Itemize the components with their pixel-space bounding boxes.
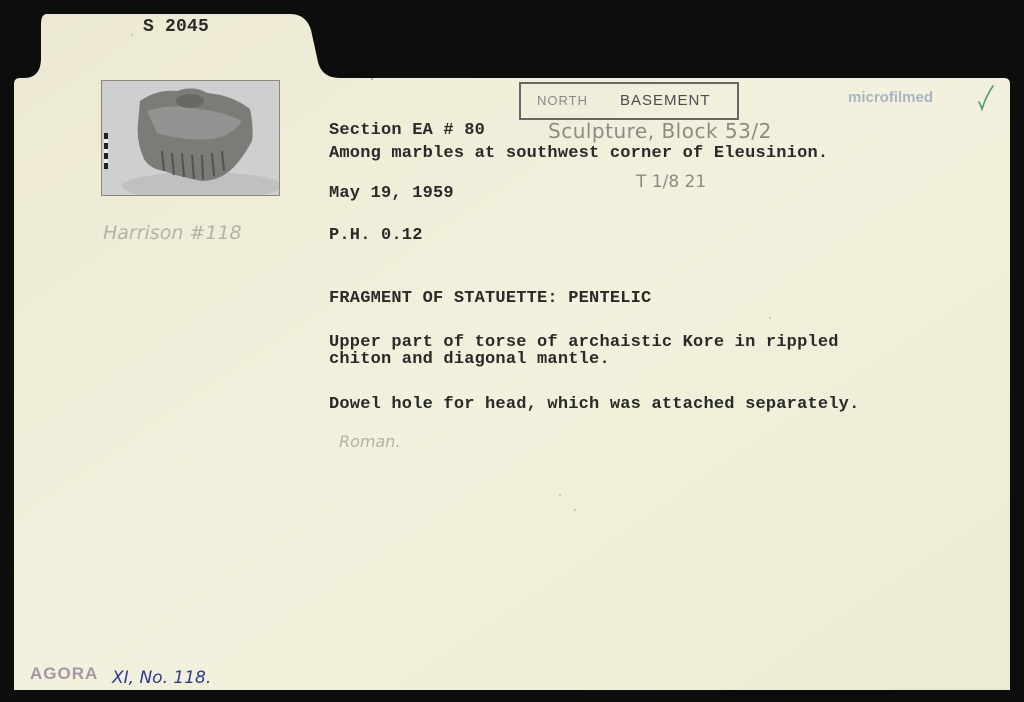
date-line: May 19, 1959 [329,184,454,204]
t-number-note: T 1/8 21 [636,172,706,192]
description-line-2: chiton and diagonal mantle. [329,350,610,370]
stamp-north-text: NORTH [537,93,588,108]
checkmark-icon [976,82,996,112]
artifact-photo [101,80,280,196]
catalog-number: S 2045 [143,17,209,37]
roman-note: Roman. [339,432,401,451]
dowel-line: Dowel hole for head, which was attached … [329,395,860,415]
harrison-note: Harrison #118 [103,222,242,244]
findspot-line: Among marbles at southwest corner of Ele… [329,144,828,164]
location-stamp: NORTH BASEMENT [519,82,739,120]
title-line: FRAGMENT OF STATUETTE: PENTELIC [329,289,651,309]
stamp-basement-text: BASEMENT [620,92,711,109]
publication-reference: XI, No. 118. [112,668,211,688]
section-line: Section EA # 80 [329,121,485,141]
sculpture-block-note: Sculpture, Block 53/2 [548,119,772,143]
agora-stamp: AGORA [30,664,98,684]
statuette-fragment-image [102,81,279,195]
microfilmed-stamp: microfilmed [848,89,933,106]
dimension-line: P.H. 0.12 [329,226,423,246]
